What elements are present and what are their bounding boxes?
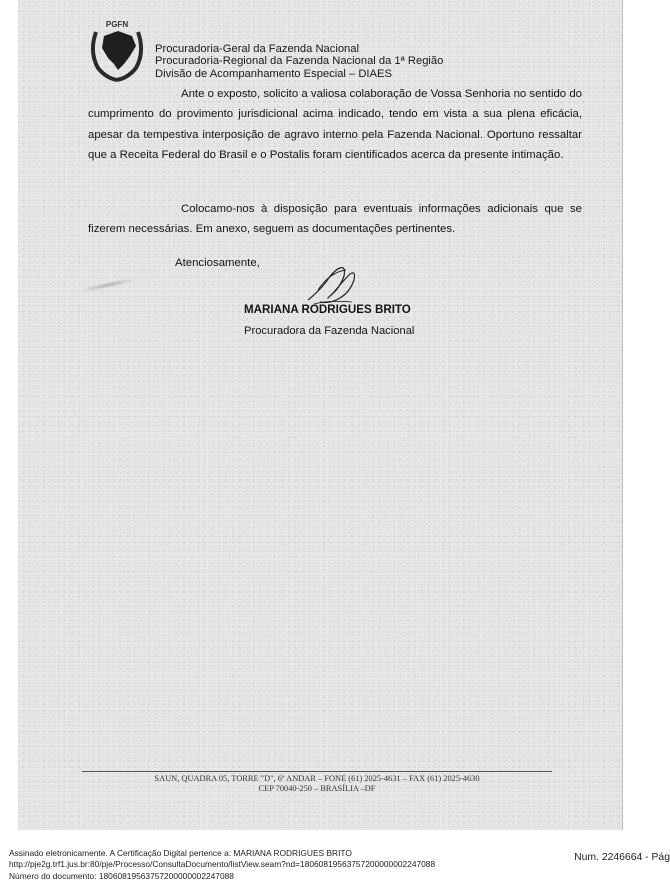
page-number-label: Num. 2246664 - Pág <box>574 852 670 863</box>
closing-salutation: Atenciosamente, <box>175 257 260 269</box>
signature-icon <box>300 262 360 307</box>
footer-address-line-1: SAUN, QUADRA 05, TORRE "D", 6º ANDAR – F… <box>82 774 552 784</box>
body-paragraph-1: Ante o exposto, solicito a valiosa colab… <box>88 84 582 165</box>
pgfn-logo-icon: PGFN <box>88 18 146 82</box>
footer-divider <box>82 771 552 772</box>
svg-text:PGFN: PGFN <box>106 20 128 29</box>
signed-by-text: Assinado eletronicamente. A Certificação… <box>9 848 435 859</box>
document-number: Número do documento: 1806081956375720000… <box>9 871 435 882</box>
header-line-1: Procuradoria-Geral da Fazenda Nacional <box>155 43 443 55</box>
header-line-3: Divisão de Acompanhamento Especial – DIA… <box>155 68 443 80</box>
document-url[interactable]: http://pje2g.trf1.jus.br:80/pje/Processo… <box>9 859 435 870</box>
electronic-signature-info: Assinado eletronicamente. A Certificação… <box>9 848 435 882</box>
body-paragraph-2: Colocamo-nos à disposição para eventuais… <box>88 199 582 240</box>
footer-address-line-2: CEP 70040-250 – BRASÍLIA –DF <box>82 784 552 794</box>
signer-title: Procuradora da Fazenda Nacional <box>244 325 414 337</box>
institution-header: Procuradoria-Geral da Fazenda Nacional P… <box>155 43 443 80</box>
header-line-2: Procuradoria-Regional da Fazenda Naciona… <box>155 55 443 67</box>
signer-name: MARIANA RODRIGUES BRITO <box>244 303 411 316</box>
